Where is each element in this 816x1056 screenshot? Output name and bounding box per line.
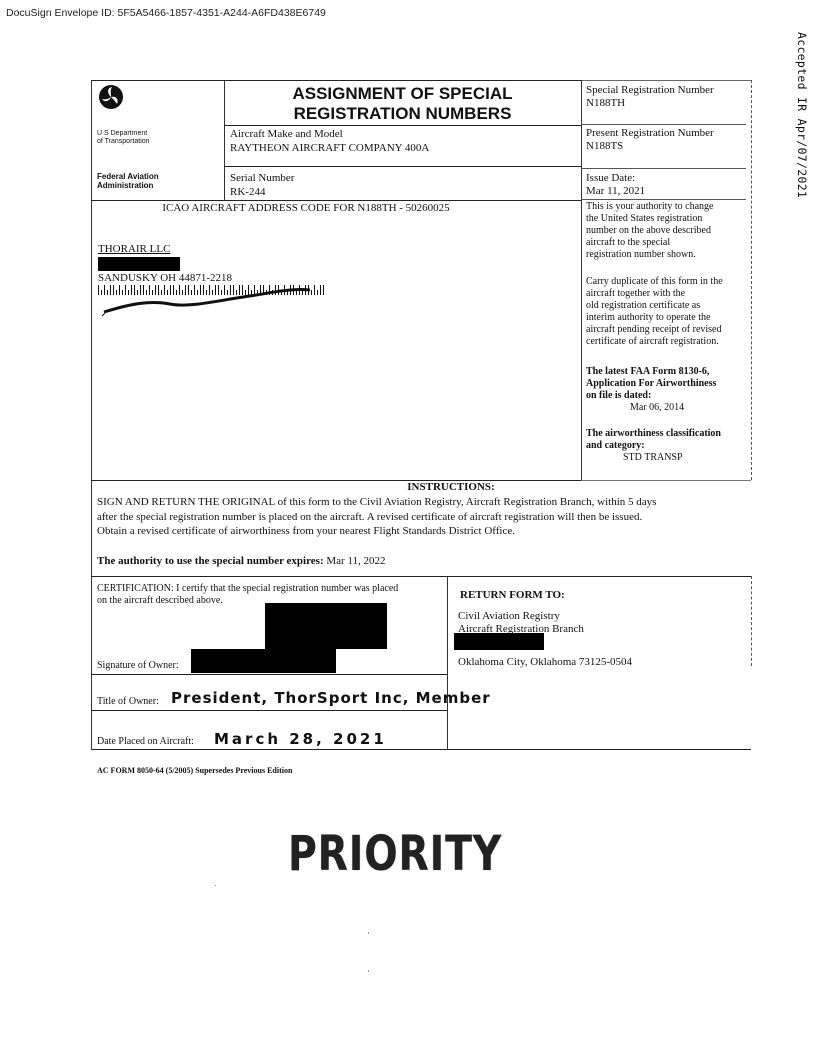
title-line-1: ASSIGNMENT OF SPECIAL [225,84,580,104]
special-reg-field: Special Registration Number N188TH [586,84,714,110]
special-reg-label: Special Registration Number [586,84,714,97]
authority-line: number on the above described [586,225,713,237]
carry-line: interim authority to operate the [586,312,723,324]
signature-bottom-border [91,674,447,675]
carry-line: certificate of aircraft registration. [586,336,723,348]
expires-label: The authority to use the special number … [97,555,324,567]
make-model-bottom-border [224,166,581,167]
special-reg-bottom-border [581,124,746,125]
instructions-sign-return: SIGN AND RETURN THE ORIGINAL [97,496,275,508]
form-top-border-right [581,80,751,81]
serial-value: RK-244 [230,185,294,199]
carry-line: Carry duplicate of this form in the [586,276,723,288]
redacted-signature-upper [265,603,387,649]
classification-line: The airworthiness classification [586,428,721,440]
agency-line-1: U S Department [97,130,150,138]
form-top-border [91,80,581,81]
expires-value: Mar 11, 2022 [326,555,385,567]
form-left-border-lower [91,708,92,750]
issue-date-bottom-border [581,199,746,200]
redacted-return-address [454,633,544,650]
agency-name: U S Department of Transportation [97,130,150,146]
return-city: Oklahoma City, Oklahoma 73125-0504 [458,656,632,668]
owner-name: THORAIR LLC [98,243,170,255]
form-8130-date: Mar 06, 2014 [630,402,684,414]
carry-line: aircraft pending receipt of revised [586,324,723,336]
icao-address-code: ICAO AIRCRAFT ADDRESS CODE FOR N188TH - … [91,202,581,214]
faa-line-1: Federal Aviation [97,172,159,181]
instructions-line-1: SIGN AND RETURN THE ORIGINAL of this for… [97,495,757,510]
certification-top-border [91,576,751,577]
classification-value: STD TRANSP [623,452,683,464]
title-line-2: REGISTRATION NUMBERS [225,104,580,124]
classification-note: The airworthiness classificationand cate… [586,428,721,452]
instructions-line-3: Obtain a revised certificate of airworth… [97,524,757,539]
form-title: ASSIGNMENT OF SPECIAL REGISTRATION NUMBE… [225,84,580,124]
redacted-address [98,257,180,271]
make-model-label: Aircraft Make and Model [230,127,429,141]
present-reg-label: Present Registration Number [586,127,714,140]
issue-date-label: Issue Date: [586,172,645,185]
make-model-field: Aircraft Make and Model RAYTHEON AIRCRAF… [230,127,429,155]
faa-line-2: Administration [97,181,159,190]
docusign-envelope-id: DocuSign Envelope ID: 5F5A5466-1857-4351… [6,7,326,19]
classification-line: and category: [586,440,721,452]
accepted-stamp: Accepted IR Apr/07/2021 [795,32,809,198]
present-reg-value: N188TS [586,140,714,153]
authority-line: aircraft to the special [586,237,713,249]
present-reg-bottom-border [581,168,746,169]
authority-note: This is your authority to changethe Unit… [586,201,713,261]
pen-scribble [100,282,330,327]
redacted-signature [191,649,336,673]
form8130-line: The latest FAA Form 8130-6, [586,366,716,378]
agency-line-2: of Transportation [97,138,150,146]
scan-speck [368,932,369,934]
signature-label: Signature of Owner: [97,660,179,671]
form-right-border [751,80,752,480]
make-model-value: RAYTHEON AIRCRAFT COMPANY 400A [230,141,429,155]
form-left-border [91,80,92,708]
return-line-1: Civil Aviation Registry [458,610,584,623]
instructions-body: SIGN AND RETURN THE ORIGINAL of this for… [97,495,757,539]
title-bottom-line [91,710,447,711]
authority-line: This is your authority to change [586,201,713,213]
dot-logo-icon [98,84,124,110]
special-reg-value: N188TH [586,97,714,110]
serial-field: Serial Number RK-244 [230,171,294,199]
form-footer: AC FORM 8050-64 (5/2005) Supersedes Prev… [97,766,292,775]
carry-line: old registration certificate as [586,300,723,312]
date-placed-label: Date Placed on Aircraft: [97,736,194,747]
date-placed-value[interactable]: March 28, 2021 [214,730,387,748]
serial-label: Serial Number [230,171,294,185]
instructions-heading: INSTRUCTIONS: [91,481,751,493]
certification-line-1: CERTIFICATION: I certify that the specia… [97,583,398,595]
issue-date-value: Mar 11, 2021 [586,185,645,198]
priority-stamp: PRIORITY [288,826,502,882]
issue-date-field: Issue Date: Mar 11, 2021 [586,172,645,198]
expiration-line: The authority to use the special number … [97,555,386,567]
header-divider-right [581,80,582,480]
barcode-bar [98,285,99,295]
scan-speck [215,885,216,886]
present-reg-field: Present Registration Number N188TS [586,127,714,153]
instructions-line-2: after the special registration number is… [97,510,757,525]
form8130-line: on file is dated: [586,390,716,402]
carry-line: aircraft together with the [586,288,723,300]
faa-name: Federal Aviation Administration [97,172,159,190]
carry-duplicate-note: Carry duplicate of this form in theaircr… [586,276,723,348]
instructions-line-1-rest: of this form to the Civil Aviation Regis… [275,496,657,508]
header-bottom-border [91,200,581,201]
authority-line: the United States registration [586,213,713,225]
return-form-heading: RETURN FORM TO: [460,589,565,601]
authority-line: registration number shown. [586,249,713,261]
certification-divider-lower [447,708,448,750]
form8130-line: Application For Airworthiness [586,378,716,390]
title-bottom-border [224,125,581,126]
scan-speck [368,970,369,972]
title-of-owner-value[interactable]: President, ThorSport Inc, Member [171,689,491,707]
form-8130-note: The latest FAA Form 8130-6,Application F… [586,366,716,402]
form-right-border-lower [751,576,752,666]
form-bottom-border [91,749,751,750]
title-of-owner-label: Title of Owner: [97,696,159,707]
